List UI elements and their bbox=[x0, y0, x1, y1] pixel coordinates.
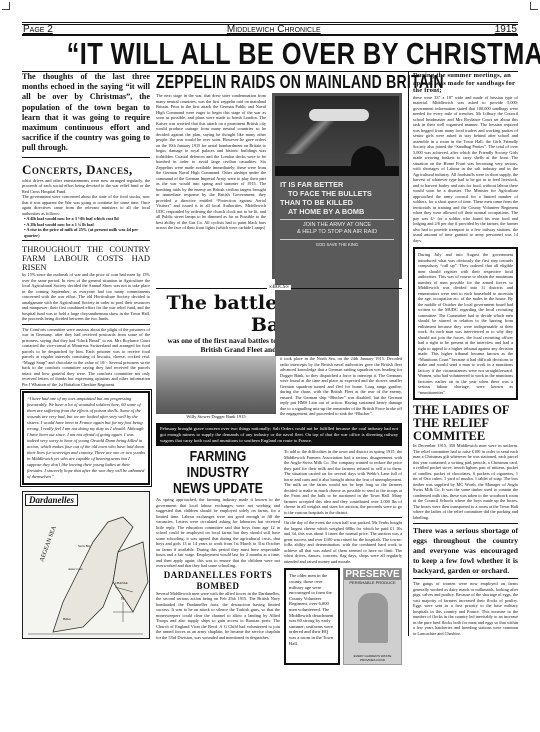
bullet-item: • A rise in the price of milk of 25% (at… bbox=[22, 227, 150, 238]
dogger-bank-body: it took place in the North Sea, on the 2… bbox=[280, 356, 402, 419]
crop-mark-top-left bbox=[2, 2, 10, 10]
poster-subtitle: PERISHABLE PRODUCE bbox=[344, 580, 401, 585]
poster-text: JOIN THE ARMY AT ONCE bbox=[280, 219, 394, 229]
sandbags-heading: During the summer meetings, an appeal wa… bbox=[413, 72, 518, 95]
concerts-body: whist drives and other entertainments we… bbox=[22, 178, 150, 195]
svg-text:CHANAK: CHANAK bbox=[115, 581, 129, 585]
svg-text:Helles: Helles bbox=[63, 617, 71, 621]
zeppelin-body: The next stage in the war, that drew utt… bbox=[156, 93, 266, 231]
section-divider: ∞BOCS∞ bbox=[156, 285, 402, 290]
column-left: The thoughts of the last three months ec… bbox=[22, 72, 150, 639]
eggs-heading: There was a serious shortage of eggs thr… bbox=[413, 523, 518, 579]
eggs-body: The gangs of women were now employed on … bbox=[413, 581, 518, 636]
divider bbox=[22, 240, 150, 241]
farm-labour-body: by 15% since the outbreak of war and the… bbox=[22, 272, 150, 322]
zeppelin-heading: ZEPPELIN RAIDS ON MAINLAND BRITAIN bbox=[156, 72, 348, 93]
february-notice: February brought grave concern over two … bbox=[156, 423, 402, 446]
divider bbox=[22, 324, 150, 325]
zeppelin-image bbox=[309, 109, 369, 121]
comforts-body: The Comforts committee were anxious abou… bbox=[22, 327, 150, 388]
divider bbox=[22, 157, 150, 158]
preserve-poster: PRESERVE PERISHABLE PRODUCE EVERY GARDEN… bbox=[343, 568, 402, 665]
crop-mark-top-right bbox=[530, 2, 538, 10]
poster-footer: EVERY GARDEN'S WASTE PROVIDES FOOD bbox=[346, 654, 399, 662]
svg-text:N: N bbox=[121, 596, 124, 601]
cheese-auction-body: On the day of the event the town hall wa… bbox=[284, 520, 402, 564]
poster-text: TO FACE THE BULLETS bbox=[280, 189, 394, 198]
farming-article: FARMING INDUSTRY NEWS UPDATE As spring a… bbox=[156, 449, 280, 665]
sandbags-body: these were 33” x 18” wide and made of he… bbox=[413, 95, 518, 244]
map-illustration: AEGEAN SEA Suvla Bay Anzac Cove CHANAK H… bbox=[23, 492, 150, 639]
recruitment-poster: IT IS FAR BETTER TO FACE THE BULLETS THA… bbox=[272, 93, 402, 279]
farm-labour-heading: Throughout the country farm labour costs… bbox=[22, 245, 150, 272]
svg-text:Anzac Cove: Anzac Cove bbox=[68, 567, 83, 571]
poster-text: IT IS FAR BETTER bbox=[280, 180, 394, 189]
painting-caption: Willy Stower Dogger Bank 1915 bbox=[156, 414, 276, 419]
ladies-body: In December 1915, 350 Middlewich men wer… bbox=[413, 443, 518, 520]
dardanelles-heading: DARDANELLES FORTS bbox=[156, 571, 280, 580]
poster-text: AT HOME BY A BOMB bbox=[280, 207, 394, 216]
food-stocks-body: The government were concerned about the … bbox=[22, 194, 150, 216]
poster-illustration bbox=[275, 96, 399, 176]
publication-title: Middlewich Chronicle bbox=[227, 24, 321, 35]
ladies-heading: THE LADIES OF THE RELIEF COMMITEE bbox=[413, 404, 518, 443]
column-center: ZEPPELIN RAIDS ON MAINLAND BRITAIN The n… bbox=[156, 72, 402, 665]
soldier-letter-quote: “I have had one of my toes amputated but… bbox=[22, 391, 150, 485]
newspaper-page: Page 2 Middlewich Chronicle 1915 “IT WIL… bbox=[22, 22, 518, 72]
publication-year: 1915 bbox=[495, 24, 517, 35]
column-right: During the summer meetings, an appeal wa… bbox=[408, 72, 518, 636]
farming-body: As spring approached, the farming indust… bbox=[156, 497, 280, 569]
milk-body: To add to the difficulties in the town a… bbox=[284, 449, 402, 515]
milk-article: To add to the difficulties in the town a… bbox=[284, 449, 402, 665]
volunteers-box: The older men in the county, those over … bbox=[284, 568, 340, 665]
intro-paragraph: The thoughts of the last three months ec… bbox=[22, 72, 150, 154]
dardanelles-map: AEGEAN SEA Suvla Bay Anzac Cove CHANAK H… bbox=[22, 491, 150, 639]
divider bbox=[284, 517, 402, 518]
poster-text: GOD SAVE THE KING bbox=[280, 239, 394, 247]
map-title: Dardanelles bbox=[25, 494, 78, 506]
farming-heading-2: NEWS UPDATE bbox=[167, 481, 269, 497]
svg-text:AEGEAN SEA: AEGEAN SEA bbox=[39, 525, 58, 563]
concerts-heading: Concerts, Dances, bbox=[22, 162, 150, 178]
farming-heading: FARMING INDUSTRY bbox=[167, 449, 269, 481]
woman-figure bbox=[358, 593, 388, 643]
poster-text: THAN TO BE KILLED bbox=[280, 198, 394, 207]
battle-painting bbox=[156, 356, 276, 414]
poster-text: & HELP TO STOP AN AIR RAID bbox=[280, 229, 394, 236]
page-headline: “IT WILL ALL BE OVER BY CHRISTMAS” bbox=[67, 37, 474, 71]
page-number: Page 2 bbox=[23, 24, 53, 35]
st-pauls-dome bbox=[351, 146, 385, 176]
dardanelles-heading-2: BOMBED bbox=[156, 582, 280, 591]
svg-text:Suvla Bay: Suvla Bay bbox=[78, 544, 91, 548]
call-up-box: During July and into August the governme… bbox=[413, 247, 518, 400]
dardanelles-body: Several Middlewich men were with the all… bbox=[156, 591, 280, 641]
masthead: Page 2 Middlewich Chronicle 1915 bbox=[22, 22, 518, 36]
poster-title: PRESERVE bbox=[344, 569, 401, 580]
